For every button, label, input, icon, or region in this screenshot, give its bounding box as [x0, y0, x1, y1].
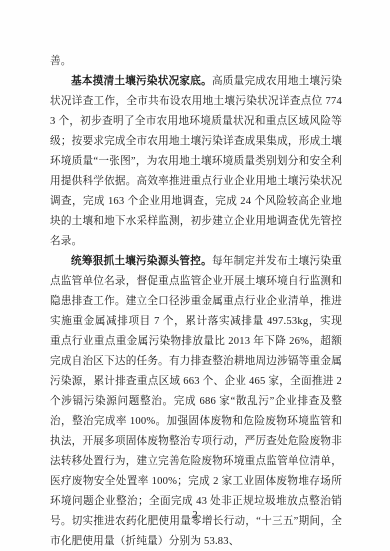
paragraph-lead-heading: 基本摸清土壤污染状况家底。 [71, 76, 212, 87]
paragraph-text: 每年制定并发布土壤污染重点监管单位名录，督促重点监管企业开展土壤环境自行监测和隐… [50, 256, 342, 547]
paragraph-text: 高质量完成农用地土壤污染状况详查工作，全市共布设农用地土壤污染状况详查点位 77… [50, 76, 342, 247]
page-number: 2 [0, 508, 390, 522]
text-block: 善。 基本摸清土壤污染状况家底。高质量完成农用地土壤污染状况详查工作，全市共布设… [50, 52, 342, 551]
document-page: 善。 基本摸清土壤污染状况家底。高质量完成农用地土壤污染状况详查工作，全市共布设… [0, 0, 390, 551]
paragraph-source-control: 统筹狠抓土壤污染源头管控。每年制定并发布土壤污染重点监管单位名录，督促重点监管企… [50, 252, 342, 551]
paragraph-lead-heading: 统筹狠抓土壤污染源头管控。 [71, 256, 212, 267]
paragraph-continuation: 善。 [50, 52, 342, 72]
paragraph-text: 善。 [50, 56, 72, 67]
paragraph-soil-survey: 基本摸清土壤污染状况家底。高质量完成农用地土壤污染状况详查工作，全市共布设农用地… [50, 72, 342, 252]
